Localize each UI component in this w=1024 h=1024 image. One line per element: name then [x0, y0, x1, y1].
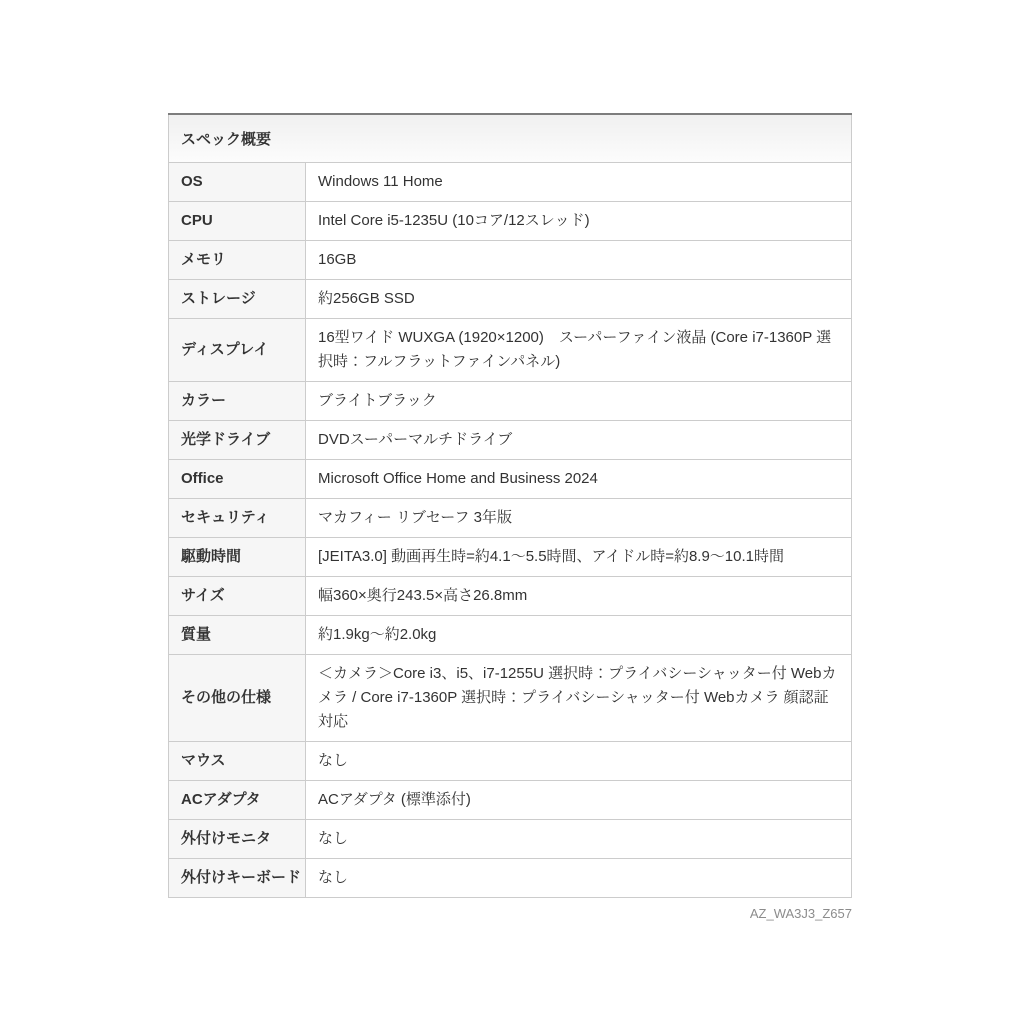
spec-section: スペック概要 OS Windows 11 Home CPU Intel Core… — [168, 113, 852, 921]
table-row: CPU Intel Core i5-1235U (10コア/12スレッド) — [169, 202, 852, 241]
row-label-size: サイズ — [169, 577, 306, 616]
row-value-battery-life: [JEITA3.0] 動画再生時=約4.1〜5.5時間、アイドル時=約8.9〜1… — [306, 538, 852, 577]
table-title-row: スペック概要 — [169, 114, 852, 163]
row-value-color: ブライトブラック — [306, 382, 852, 421]
row-value-external-monitor: なし — [306, 820, 852, 859]
row-value-ac-adapter: ACアダプタ (標準添付) — [306, 781, 852, 820]
row-label-office: Office — [169, 460, 306, 499]
row-label-battery-life: 駆動時間 — [169, 538, 306, 577]
row-label-security: セキュリティ — [169, 499, 306, 538]
table-title: スペック概要 — [169, 114, 852, 163]
row-value-cpu: Intel Core i5-1235U (10コア/12スレッド) — [306, 202, 852, 241]
row-label-memory: メモリ — [169, 241, 306, 280]
row-value-office: Microsoft Office Home and Business 2024 — [306, 460, 852, 499]
table-row: 駆動時間 [JEITA3.0] 動画再生時=約4.1〜5.5時間、アイドル時=約… — [169, 538, 852, 577]
row-value-optical-drive: DVDスーパーマルチドライブ — [306, 421, 852, 460]
table-row: 外付けキーボード なし — [169, 859, 852, 898]
row-value-size: 幅360×奥行243.5×高さ26.8mm — [306, 577, 852, 616]
row-label-os: OS — [169, 163, 306, 202]
row-label-color: カラー — [169, 382, 306, 421]
row-label-other-specs: その他の仕様 — [169, 655, 306, 742]
row-value-weight: 約1.9kg〜約2.0kg — [306, 616, 852, 655]
row-label-cpu: CPU — [169, 202, 306, 241]
row-value-display: 16型ワイド WUXGA (1920×1200) スーパーファイン液晶 (Cor… — [306, 319, 852, 382]
row-label-ac-adapter: ACアダプタ — [169, 781, 306, 820]
table-row: メモリ 16GB — [169, 241, 852, 280]
row-label-weight: 質量 — [169, 616, 306, 655]
row-value-external-keyboard: なし — [306, 859, 852, 898]
table-row: OS Windows 11 Home — [169, 163, 852, 202]
row-value-os: Windows 11 Home — [306, 163, 852, 202]
table-row: マウス なし — [169, 742, 852, 781]
row-label-optical-drive: 光学ドライブ — [169, 421, 306, 460]
table-row: その他の仕様 ＜カメラ＞Core i3、i5、i7-1255U 選択時：プライバ… — [169, 655, 852, 742]
table-row: 質量 約1.9kg〜約2.0kg — [169, 616, 852, 655]
model-code: AZ_WA3J3_Z657 — [168, 906, 852, 921]
row-value-security: マカフィー リブセーフ 3年版 — [306, 499, 852, 538]
spec-table: スペック概要 OS Windows 11 Home CPU Intel Core… — [168, 113, 852, 898]
table-row: 外付けモニタ なし — [169, 820, 852, 859]
spec-table-body: OS Windows 11 Home CPU Intel Core i5-123… — [169, 163, 852, 898]
table-row: ACアダプタ ACアダプタ (標準添付) — [169, 781, 852, 820]
row-label-external-monitor: 外付けモニタ — [169, 820, 306, 859]
row-value-memory: 16GB — [306, 241, 852, 280]
row-label-storage: ストレージ — [169, 280, 306, 319]
spec-table-header: スペック概要 — [169, 114, 852, 163]
row-value-mouse: なし — [306, 742, 852, 781]
table-row: Office Microsoft Office Home and Busines… — [169, 460, 852, 499]
row-label-mouse: マウス — [169, 742, 306, 781]
row-label-display: ディスプレイ — [169, 319, 306, 382]
table-row: ストレージ 約256GB SSD — [169, 280, 852, 319]
row-value-other-specs: ＜カメラ＞Core i3、i5、i7-1255U 選択時：プライバシーシャッター… — [306, 655, 852, 742]
table-row: ディスプレイ 16型ワイド WUXGA (1920×1200) スーパーファイン… — [169, 319, 852, 382]
table-row: カラー ブライトブラック — [169, 382, 852, 421]
row-label-external-keyboard: 外付けキーボード — [169, 859, 306, 898]
row-value-storage: 約256GB SSD — [306, 280, 852, 319]
table-row: セキュリティ マカフィー リブセーフ 3年版 — [169, 499, 852, 538]
table-row: 光学ドライブ DVDスーパーマルチドライブ — [169, 421, 852, 460]
table-row: サイズ 幅360×奥行243.5×高さ26.8mm — [169, 577, 852, 616]
